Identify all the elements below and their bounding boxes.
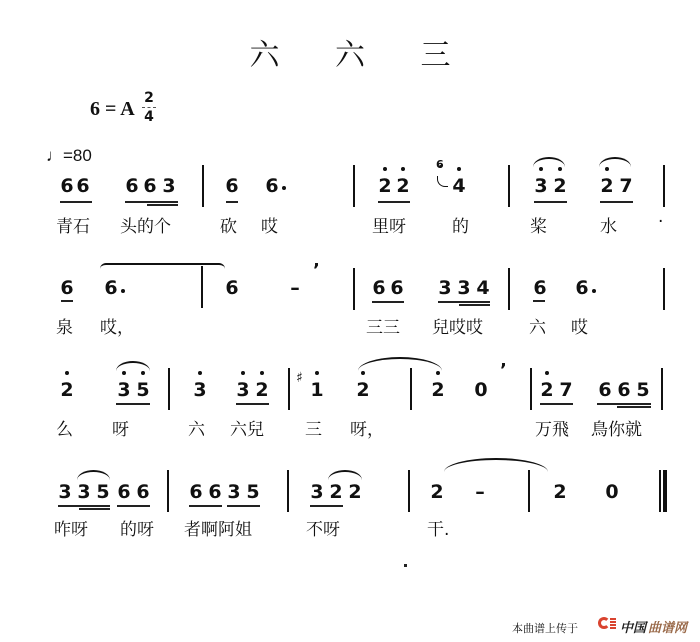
slur <box>533 157 565 167</box>
site-logo-lines-icon <box>610 618 616 629</box>
lyric: 泉 <box>56 313 73 338</box>
note: 3 <box>310 482 324 502</box>
lyric: 砍 <box>220 212 237 237</box>
lyric: 水 <box>600 212 617 237</box>
beam-underline <box>79 508 110 510</box>
note: 2 <box>60 380 74 400</box>
slur <box>116 361 150 371</box>
time-signature-divider <box>142 107 156 108</box>
note: 6 <box>225 278 239 298</box>
slur <box>77 470 110 480</box>
beam-underline <box>189 505 222 507</box>
note: 3 <box>534 176 548 196</box>
octave-dot <box>539 167 543 171</box>
bar-line <box>508 268 510 310</box>
key-signature: 6 = A <box>90 98 135 121</box>
beam-underline <box>236 403 269 405</box>
note: 6 <box>60 176 74 196</box>
lyric: 里呀 <box>372 212 406 237</box>
bar-line <box>287 470 289 512</box>
beam-underline <box>125 201 178 203</box>
lyric: · <box>658 212 663 232</box>
tie <box>100 263 225 275</box>
note: 6 <box>372 278 386 298</box>
note: – <box>473 482 487 502</box>
lyric: 万飛 <box>535 415 569 440</box>
lyric: 呀， <box>350 415 384 440</box>
octave-dot <box>122 371 126 375</box>
note: 3 <box>457 278 471 298</box>
lyric: 的 <box>452 212 469 237</box>
beam-underline <box>147 204 178 206</box>
final-bar-line-thin <box>659 470 661 512</box>
title-char: 六 <box>226 30 302 74</box>
time-signature: 2 4 <box>142 90 156 125</box>
tie <box>358 357 442 371</box>
note: 6 <box>136 482 150 502</box>
lyric: 六 <box>188 415 205 440</box>
beam-underline <box>617 406 651 408</box>
note: 6 <box>265 176 279 196</box>
note: 6 <box>575 278 589 298</box>
note: 2 <box>540 380 554 400</box>
note: 2 <box>329 482 343 502</box>
lyric: 呀 <box>112 415 129 440</box>
note: 3 <box>117 380 131 400</box>
bar-line <box>168 368 170 410</box>
bar-line <box>410 368 412 410</box>
note: 6 <box>208 482 222 502</box>
lyric: 哎 <box>261 212 278 237</box>
bar-line <box>528 470 530 512</box>
bar-line <box>201 266 203 308</box>
note: 3 <box>227 482 241 502</box>
site-brand-name[interactable]: 中国 <box>620 617 646 636</box>
octave-dot <box>198 371 202 375</box>
note: 6 <box>225 176 239 196</box>
note: 2 <box>553 176 567 196</box>
beam-underline <box>600 201 633 203</box>
note: 6 <box>390 278 404 298</box>
octave-dot <box>260 371 264 375</box>
note: 2 <box>553 482 567 502</box>
beam-underline <box>117 505 150 507</box>
note: 6 <box>76 176 90 196</box>
note: 0 <box>474 380 488 400</box>
octave-dot <box>65 371 69 375</box>
beam-underline <box>372 301 404 303</box>
grace-note-curve <box>437 176 448 187</box>
note: 4 <box>452 176 466 196</box>
lyric: 六兒 <box>230 415 264 440</box>
beam-underline <box>533 300 545 302</box>
octave-dot <box>315 371 319 375</box>
note: 6 <box>617 380 631 400</box>
octave-dot <box>241 371 245 375</box>
beam-underline <box>60 201 92 203</box>
note: 3 <box>438 278 452 298</box>
note: 2 <box>431 380 445 400</box>
beam-underline <box>459 304 490 306</box>
note: 2 <box>396 176 410 196</box>
lyric: 干. <box>427 515 449 540</box>
lyric: 么 <box>56 415 73 440</box>
bar-line <box>530 368 532 410</box>
note: 6 <box>125 176 139 196</box>
note: 6 <box>60 278 74 298</box>
beam-underline <box>597 403 651 405</box>
beam-underline <box>310 505 343 507</box>
octave-dot <box>558 167 562 171</box>
bar-line <box>508 165 510 207</box>
title-char: 三 <box>398 30 474 74</box>
lyric: 者啊阿姐 <box>184 515 252 540</box>
site-brand-name-accent[interactable]: 曲谱网 <box>648 617 687 636</box>
tempo-marking: ♩=80 <box>46 146 92 166</box>
octave-dot <box>605 167 609 171</box>
lyric: 咋呀 <box>54 515 88 540</box>
augmentation-dot <box>282 186 286 190</box>
lyric: 三三 <box>366 313 400 338</box>
lyric: 的呀 <box>120 515 154 540</box>
note: 1 <box>310 380 324 400</box>
lyric: 兒哎哎 <box>432 313 483 338</box>
note: 4 <box>476 278 490 298</box>
note: 2 <box>600 176 614 196</box>
note: 5 <box>636 380 650 400</box>
note: 2 <box>430 482 444 502</box>
note: 3 <box>162 176 176 196</box>
bar-line <box>663 268 665 310</box>
note: 3 <box>193 380 207 400</box>
note: 2 <box>356 380 370 400</box>
bar-line <box>288 368 290 410</box>
slur <box>328 470 362 480</box>
breath-mark: ’ <box>313 260 320 281</box>
note: 6 <box>189 482 203 502</box>
lyric: 鳥你就 <box>591 415 642 440</box>
beam-underline <box>226 201 238 203</box>
slur <box>599 157 631 167</box>
note: 0 <box>605 482 619 502</box>
augmentation-dot <box>592 289 596 293</box>
time-signature-denominator: 4 <box>142 109 156 125</box>
sharp-sign: ♯ <box>296 370 303 386</box>
note: 3 <box>58 482 72 502</box>
lyric: 不呀 <box>306 515 340 540</box>
octave-dot <box>383 167 387 171</box>
final-bar-line-thick <box>663 470 667 512</box>
octave-dot <box>436 371 440 375</box>
note: 6 <box>533 278 547 298</box>
note: 6 <box>117 482 131 502</box>
bar-line <box>353 165 355 207</box>
tie <box>444 458 548 472</box>
lyric: 头的个 <box>120 212 171 237</box>
lyric: 三 <box>305 415 322 440</box>
note: 5 <box>136 380 150 400</box>
note: 7 <box>559 380 573 400</box>
beam-underline <box>540 403 573 405</box>
lyric: 六 <box>529 313 546 338</box>
breath-mark: ’ <box>500 360 507 381</box>
beam-underline <box>534 201 567 203</box>
augmentation-dot <box>121 289 125 293</box>
bar-line <box>167 470 169 512</box>
note: 6 <box>598 380 612 400</box>
bar-line <box>353 268 355 310</box>
lyric: 青石 <box>56 212 90 237</box>
octave-dot <box>141 371 145 375</box>
note: 6 <box>104 278 118 298</box>
beam-underline <box>58 505 110 507</box>
bar-line <box>202 165 204 207</box>
bar-line <box>408 470 410 512</box>
octave-dot <box>457 167 461 171</box>
note: 2 <box>255 380 269 400</box>
octave-dot <box>361 371 365 375</box>
beam-underline <box>378 201 410 203</box>
grace-note-dot <box>439 165 442 168</box>
lyric: 哎 <box>571 313 588 338</box>
song-title: 六 六 三 <box>0 30 700 74</box>
octave-dot <box>401 167 405 171</box>
site-logo-icon[interactable] <box>598 617 610 629</box>
title-char: 六 <box>312 30 388 74</box>
note: 3 <box>77 482 91 502</box>
time-signature-numerator: 2 <box>142 90 156 106</box>
beam-underline <box>227 505 260 507</box>
lyric: 桨 <box>530 212 547 237</box>
beam-underline <box>116 403 150 405</box>
note: 5 <box>96 482 110 502</box>
note: 2 <box>348 482 362 502</box>
footer-upload-text: 本曲谱上传于 <box>512 620 578 636</box>
note: 6 <box>143 176 157 196</box>
beam-underline <box>438 301 490 303</box>
stray-mark <box>404 564 407 567</box>
note: – <box>288 278 302 298</box>
bar-line <box>663 165 665 207</box>
beam-underline <box>61 300 73 302</box>
lyric: 哎， <box>100 313 134 338</box>
note: 2 <box>378 176 392 196</box>
note: 5 <box>246 482 260 502</box>
note: 3 <box>236 380 250 400</box>
octave-dot <box>545 371 549 375</box>
note: 7 <box>619 176 633 196</box>
bar-line <box>661 368 663 410</box>
